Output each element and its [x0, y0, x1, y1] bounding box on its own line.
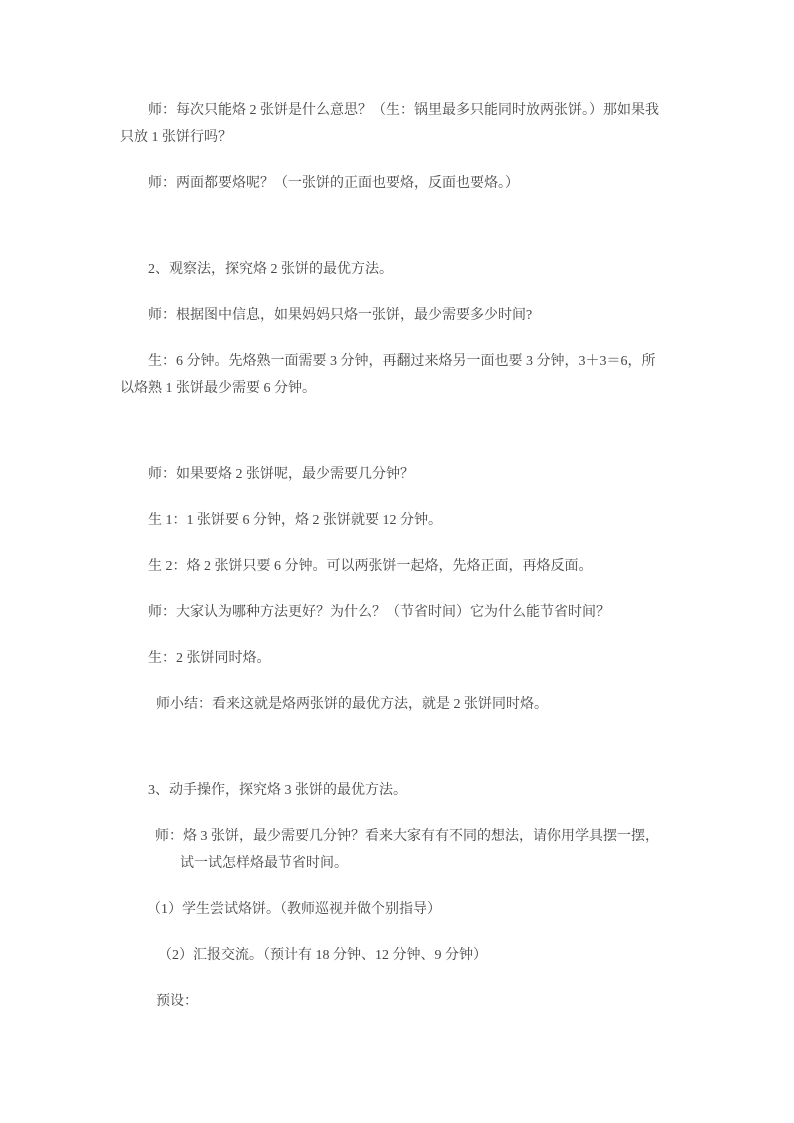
paragraph: （1）学生尝试烙饼。（教师巡视并做个别指导） — [120, 896, 660, 923]
paragraph-gap — [120, 216, 660, 256]
document-content: 师：每次只能烙 2 张饼是什么意思？（生：锅里最多只能同时放两张饼。）那如果我只… — [120, 97, 660, 1034]
paragraph: 师：两面都要烙呢？（一张饼的正面也要烙，反面也要烙。） — [120, 170, 660, 197]
paragraph: 生：6 分钟。先烙熟一面需要 3 分钟，再翻过来烙另一面也要 3 分钟，3＋3＝… — [120, 348, 660, 402]
paragraph: 师：如果要烙 2 张饼呢，最少需要几分钟？ — [120, 461, 660, 488]
paragraph: 3、动手操作，探究烙 3 张饼的最优方法。 — [120, 777, 660, 804]
paragraph: 师：大家认为哪种方法更好？为什么？（节省时间）它为什么能节省时间？ — [120, 599, 660, 626]
paragraph: 生 2：烙 2 张饼只要 6 分钟。可以两张饼一起烙，先烙正面，再烙反面。 — [120, 553, 660, 580]
paragraph-gap — [120, 421, 660, 461]
paragraph: 师：根据图中信息，如果妈妈只烙一张饼，最少需要多少时间? — [120, 302, 660, 329]
paragraph: 师小结：看来这就是烙两张饼的最优方法，就是 2 张饼同时烙。 — [120, 691, 660, 718]
paragraph: 生 1：1 张饼要 6 分钟，烙 2 张饼就要 12 分钟。 — [120, 507, 660, 534]
paragraph: 预设： — [120, 988, 660, 1015]
paragraph: （2）汇报交流。（预计有 18 分钟、12 分钟、9 分钟） — [120, 942, 660, 969]
paragraph: 2、观察法，探究烙 2 张饼的最优方法。 — [120, 256, 660, 283]
paragraph: 生：2 张饼同时烙。 — [120, 645, 660, 672]
paragraph-gap — [120, 737, 660, 777]
paragraph: 师：烙 3 张饼，最少需要几分钟？看来大家有有不同的想法，请你用学具摆一摆，试一… — [120, 823, 660, 877]
paragraph: 师：每次只能烙 2 张饼是什么意思？（生：锅里最多只能同时放两张饼。）那如果我只… — [120, 97, 660, 151]
document-page: 师：每次只能烙 2 张饼是什么意思？（生：锅里最多只能同时放两张饼。）那如果我只… — [0, 0, 794, 1123]
